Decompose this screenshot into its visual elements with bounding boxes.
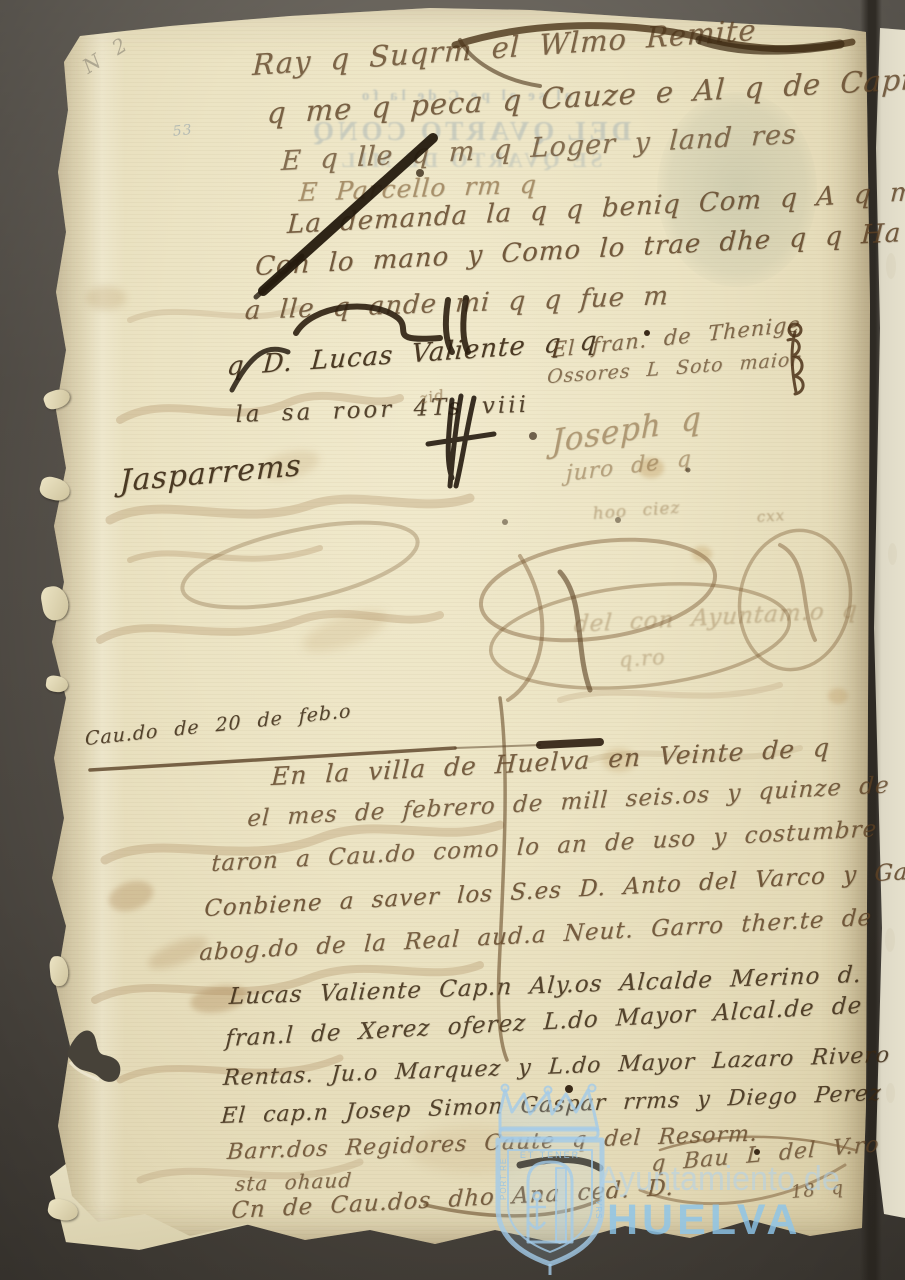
signature-gaspar: Jasparrems (119, 448, 302, 499)
handwriting-line: 18 q (790, 1177, 845, 1203)
handwriting-line: Ray q Suqrm el Wlmo Remite (252, 13, 757, 82)
handwriting-line: hoo ciez (592, 498, 681, 524)
pencil-note: N 2 (78, 32, 132, 78)
corner-ink-mark: 53 (172, 122, 193, 140)
handwriting-line: la sa roor 4Ts viii (235, 392, 529, 428)
handwriting-line: cxx (756, 506, 786, 526)
handwriting-line: a lle q ande mi q q fue m (244, 281, 670, 326)
handwriting-layer: N 2 53 al se el pe C de la fo DEL QVARTO… (0, 0, 905, 1280)
rubric-word: del con Ayuntam.o q (573, 597, 859, 638)
manuscript-photo: N 2 53 al se el pe C de la fo DEL QVARTO… (0, 0, 905, 1280)
rubric-word: q.ro (618, 645, 666, 672)
body-line: El cap.n Josep Simon Gaspar rrms y Diego… (220, 1081, 882, 1129)
margin-note-cabildo: Cau.do de 20 de feb.o (85, 700, 351, 750)
signature-lucas-valiente: q D. Lucas Valiente q q (226, 326, 599, 382)
